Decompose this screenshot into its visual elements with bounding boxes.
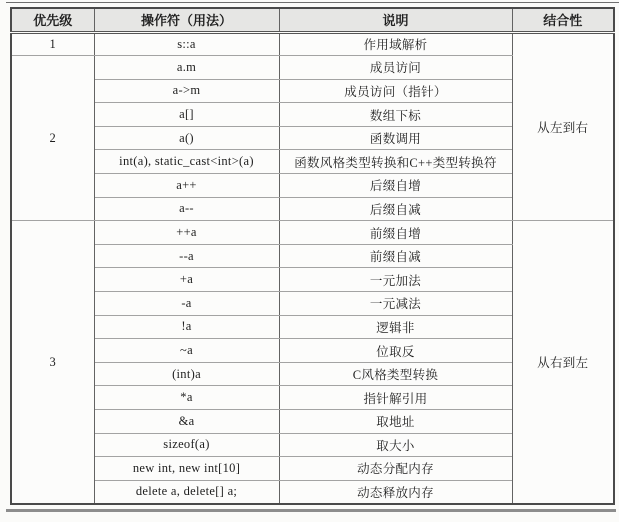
operator-cell: ++a (94, 221, 279, 245)
operator-cell: int(a), static_cast<int>(a) (94, 150, 279, 174)
page-top-rule (6, 2, 619, 3)
column-header-associativity: 结合性 (512, 8, 614, 32)
description-cell: 数组下标 (279, 103, 512, 127)
description-cell: 函数风格类型转换和C++类型转换符 (279, 150, 512, 174)
operator-cell: a++ (94, 174, 279, 198)
table-body: 1s::a作用域解析从左到右2a.m成员访问a->m成员访问（指针）a[]数组下… (11, 32, 614, 504)
header-row: 优先级 操作符（用法） 说明 结合性 (11, 8, 614, 32)
operator-cell: a() (94, 126, 279, 150)
table-row: 1s::a作用域解析从左到右 (11, 32, 614, 56)
description-cell: 后缀自增 (279, 174, 512, 198)
operator-cell: delete a, delete[] a; (94, 480, 279, 504)
description-cell: 前缀自增 (279, 221, 512, 245)
operator-cell: sizeof(a) (94, 433, 279, 457)
column-header-priority: 优先级 (11, 8, 94, 32)
operator-cell: a[] (94, 103, 279, 127)
operator-cell: a-- (94, 197, 279, 221)
description-cell: 函数调用 (279, 126, 512, 150)
page-bottom-rule (6, 509, 616, 512)
description-cell: 位取反 (279, 339, 512, 363)
operator-precedence-table: 优先级 操作符（用法） 说明 结合性 1s::a作用域解析从左到右2a.m成员访… (10, 7, 615, 505)
description-cell: 后缀自减 (279, 197, 512, 221)
operator-cell: --a (94, 244, 279, 268)
description-cell: 成员访问 (279, 56, 512, 80)
operator-cell: *a (94, 386, 279, 410)
table-header: 优先级 操作符（用法） 说明 结合性 (11, 8, 614, 32)
priority-cell: 2 (11, 56, 94, 221)
operator-cell: -a (94, 292, 279, 316)
column-header-description: 说明 (279, 8, 512, 32)
operator-cell: +a (94, 268, 279, 292)
description-cell: 作用域解析 (279, 32, 512, 56)
operator-cell: (int)a (94, 362, 279, 386)
operator-cell: new int, new int[10] (94, 457, 279, 481)
priority-cell: 1 (11, 32, 94, 56)
associativity-cell: 从右到左 (512, 221, 614, 504)
description-cell: 动态释放内存 (279, 480, 512, 504)
operator-cell: ~a (94, 339, 279, 363)
description-cell: 取地址 (279, 410, 512, 434)
description-cell: 取大小 (279, 433, 512, 457)
operator-cell: &a (94, 410, 279, 434)
priority-cell: 3 (11, 221, 94, 504)
operator-cell: s::a (94, 32, 279, 56)
description-cell: 成员访问（指针） (279, 79, 512, 103)
operator-cell: a.m (94, 56, 279, 80)
operator-cell: a->m (94, 79, 279, 103)
operator-cell: !a (94, 315, 279, 339)
description-cell: 指针解引用 (279, 386, 512, 410)
description-cell: 一元减法 (279, 292, 512, 316)
associativity-cell: 从左到右 (512, 32, 614, 221)
description-cell: 前缀自减 (279, 244, 512, 268)
description-cell: 逻辑非 (279, 315, 512, 339)
description-cell: C风格类型转换 (279, 362, 512, 386)
table-row: 3++a前缀自增从右到左 (11, 221, 614, 245)
description-cell: 一元加法 (279, 268, 512, 292)
column-header-operator: 操作符（用法） (94, 8, 279, 32)
description-cell: 动态分配内存 (279, 457, 512, 481)
scanned-page: { "table": { "headers": { "priority": "优… (0, 0, 619, 522)
